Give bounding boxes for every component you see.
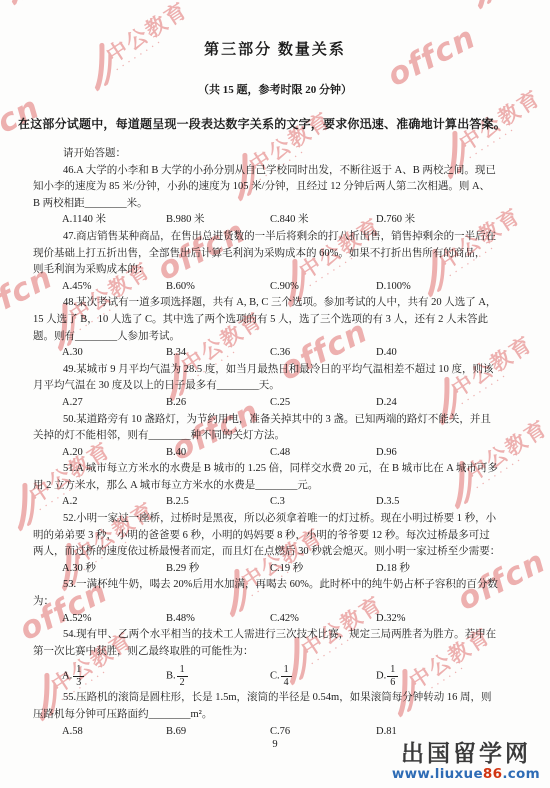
option: A.30: [62, 345, 83, 362]
option: A.52%: [62, 611, 91, 628]
option: A.2: [62, 494, 77, 511]
document-page: 中公教育▪ ▪ ▪ ▪ ▪ ▪ ▪ ▪中公教育▪ ▪ ▪ ▪ ▪ ▪ ▪ ▪中公…: [0, 0, 550, 788]
question-52-line: 明的弟弟要 3 秒，小明的爸爸要 6 秒，小明的妈妈要 8 秒，小明的爷爷要 1…: [33, 528, 514, 545]
section-title: 第三部分 数量关系: [0, 38, 550, 59]
option-label: D.: [376, 671, 386, 682]
question-49-line: 49.某城市 9 月平均气温为 28.5 度，如当月最热日和最冷日的平均气温相差…: [33, 362, 514, 379]
option: D.96: [376, 445, 397, 462]
option: B.40: [166, 445, 186, 462]
site-url-suffix: .com: [502, 766, 540, 782]
option: C.19 秒: [270, 561, 303, 578]
question-50-options: A.20B.40C.48D.96: [33, 445, 514, 462]
fraction-numerator: 1: [73, 664, 84, 677]
option: D.18 秒: [376, 561, 410, 578]
question-55-options: A.58B.69C.76D.81: [33, 724, 514, 741]
fraction-numerator: 1: [177, 664, 188, 677]
watermark-zhonggong-logo: 中公教育▪ ▪ ▪ ▪ ▪ ▪ ▪ ▪: [0, 0, 113, 2]
question-53-line: 为：: [33, 594, 514, 611]
watermark-zhonggong-logo: 中公教育▪ ▪ ▪ ▪ ▪ ▪ ▪ ▪: [458, 0, 550, 6]
fraction-numerator: 1: [281, 664, 292, 677]
question-54-options: A.13B.12C.14D.16: [33, 660, 514, 690]
question-47-line: 47.商店销售某种商品，在售出总进货数的一半后将剩余的打八折出售，销售掉剩余的一…: [33, 229, 514, 246]
option: D.32%: [376, 611, 405, 628]
question-47-line: 现价基础上打五折出售，全部售出后计算毛利润为采购成本的 60%。如果不打折出售所…: [33, 246, 514, 263]
question-48-line: 题。则有________人参加考试。: [33, 329, 514, 346]
question-48-line: 15 人选了 B，10 人选了 C。其中选了两个选项的有 5 人，选了三个选项的…: [33, 312, 514, 329]
question-50-line: 50.某道路旁有 10 盏路灯，为节约用电，准备关掉其中的 3 盏。已知两端的路…: [33, 412, 514, 429]
option: D.100%: [376, 279, 411, 296]
option: A.1140 米: [62, 212, 106, 229]
question-46-line: B 两校相距________米。: [33, 196, 514, 213]
option: C.840 米: [270, 212, 309, 229]
option-fraction: A.13: [62, 664, 84, 688]
swoosh-icon: [0, 0, 41, 5]
question-55-line: 55.压路机的滚筒是圆柱形，长是 1.5m，滚筒的半径是 0.54m，如果滚筒每…: [33, 690, 514, 707]
option: C.76: [270, 724, 290, 741]
question-52-line: 两人，而过桥的速度依过桥最慢者而定，而且灯在点燃后 30 秒就会熄灭。则小明一家…: [33, 544, 514, 561]
question-51-options: A.2B.2.5C.3D.3.5: [33, 494, 514, 511]
option: A.30 秒: [62, 561, 96, 578]
question-46-line: 46.A 大学的小李和 B 大学的小孙分别从自己学校同时出发，不断往返于 A、B…: [33, 163, 514, 180]
question-55-line: 压路机每分钟可压路面约________m²。: [33, 707, 514, 724]
option: B.60%: [166, 279, 195, 296]
start-prompt: 请开始答题：: [33, 146, 514, 163]
swoosh-icon: [458, 0, 507, 9]
question-48-line: 48.某次考试有一道多项选择题，共有 A, B, C 三个选项。参加考试的人中，…: [33, 295, 514, 312]
site-url-number: 86: [483, 766, 502, 782]
option-fraction: B.12: [166, 664, 188, 688]
fraction-denominator: 2: [177, 677, 188, 689]
option: B.980 米: [166, 212, 205, 229]
option: D.3.5: [376, 494, 399, 511]
option: B.69: [166, 724, 186, 741]
option: C.48: [270, 445, 290, 462]
section-instruction: 在这部分试题中，每道题呈现一段表达数字关系的文字，要求你迅速、准确地计算出答案。: [18, 115, 506, 132]
question-49-options: A.27B.26C.25D.24: [33, 395, 514, 412]
option: C.42%: [270, 611, 299, 628]
site-url: www.liuxue86.com: [392, 768, 540, 782]
option-label: C.: [270, 671, 280, 682]
question-52-line: 52.小明一家过一座桥，过桥时是黑夜，所以必须拿着唯一的灯过桥。现在小明过桥要 …: [33, 511, 514, 528]
site-name: 出国留学网: [392, 743, 540, 766]
option-fraction: C.14: [270, 664, 292, 688]
option: D.760 米: [376, 212, 415, 229]
option-label: A.: [62, 671, 72, 682]
question-46-line: 知小李的速度为 85 米/分钟，小孙的速度为 105 米/分钟，且经过 12 分…: [33, 179, 514, 196]
option: C.25: [270, 395, 290, 412]
question-51-line: 51.A 城市每立方米水的水费是 B 城市的 1.25 倍，同样交水费 20 元…: [33, 461, 514, 478]
fraction: 14: [281, 664, 292, 688]
option: C.36: [270, 345, 290, 362]
question-46-options: A.1140 米B.980 米C.840 米D.760 米: [33, 212, 514, 229]
fraction-denominator: 4: [281, 677, 292, 689]
option: A.58: [62, 724, 83, 741]
option: B.26: [166, 395, 186, 412]
question-53-line: 53.一满杯纯牛奶，喝去 20%后用水加满，再喝去 60%。此时杯中的纯牛奶占杯…: [33, 577, 514, 594]
option: A.45%: [62, 279, 91, 296]
option: B.2.5: [166, 494, 189, 511]
question-54-line: 54.现有甲、乙两个水平相当的技术工人需进行三次技术比赛，规定三局两胜者为胜方。…: [33, 627, 514, 644]
fraction-denominator: 6: [387, 677, 398, 689]
question-47-line: 则毛利润为采购成本的：: [33, 262, 514, 279]
option-fraction: D.16: [376, 664, 398, 688]
question-list: 请开始答题： 46.A 大学的小李和 B 大学的小孙分别从自己学校同时出发，不断…: [33, 146, 514, 740]
question-51-line: 用 2 立方米水，那么 A 城市每立方米水的水费是________元。: [33, 478, 514, 495]
option: B.34: [166, 345, 186, 362]
question-53-options: A.52%B.48%C.42%D.32%: [33, 611, 514, 628]
fraction: 13: [73, 664, 84, 688]
question-54-line: 第一次比赛中获胜，则乙最终取胜的可能性为：: [33, 644, 514, 661]
option-label: B.: [166, 671, 176, 682]
option: D.81: [376, 724, 397, 741]
fraction-denominator: 3: [73, 677, 84, 689]
option: A.27: [62, 395, 83, 412]
option: C.3: [270, 494, 285, 511]
question-50-line: 关掉的灯不能相邻，则有________种不同的关灯方法。: [33, 428, 514, 445]
section-subtitle: （共 15 题，参考时限 20 分钟）: [0, 81, 550, 97]
option: B.48%: [166, 611, 195, 628]
site-url-prefix: www.liuxue: [392, 766, 483, 782]
question-49-line: 月平均气温在 30 度及以上的日子最多有________天。: [33, 378, 514, 395]
option: C.90%: [270, 279, 299, 296]
question-52-options: A.30 秒B.29 秒C.19 秒D.18 秒: [33, 561, 514, 578]
fraction: 12: [177, 664, 188, 688]
option: B.29 秒: [166, 561, 199, 578]
site-logo: 出国留学网 www.liuxue86.com: [392, 743, 540, 782]
fraction-numerator: 1: [387, 664, 398, 677]
option: A.20: [62, 445, 83, 462]
option: D.40: [376, 345, 397, 362]
question-47-options: A.45%B.60%C.90%D.100%: [33, 279, 514, 296]
question-48-options: A.30B.34C.36D.40: [33, 345, 514, 362]
fraction: 16: [387, 664, 398, 688]
option: D.24: [376, 395, 397, 412]
